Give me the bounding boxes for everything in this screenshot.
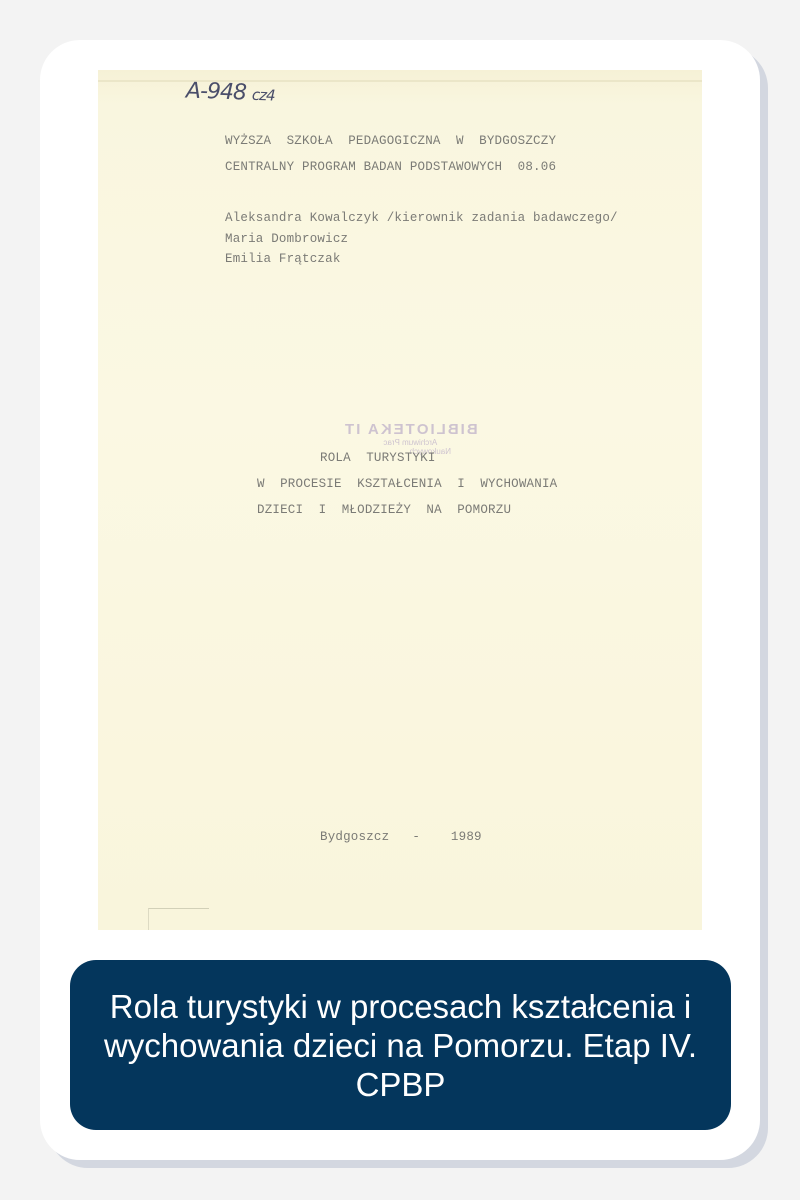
paper-mark: [148, 908, 209, 930]
handwritten-call-number: A-948cz4: [186, 78, 275, 106]
author-1: Aleksandra Kowalczyk /kierownik zadania …: [225, 211, 618, 225]
call-number: A-948: [186, 78, 247, 105]
call-number-part: cz4: [252, 86, 275, 105]
title-line-2: W PROCESIE KSZTAŁCENIA I WYCHOWANIA: [257, 477, 557, 491]
caption-title[interactable]: Rola turystyki w procesach kształcenia i…: [91, 987, 711, 1104]
institution-name: WYŻSZA SZKOŁA PEDAGOGICZNA W BYDGOSZCZY: [225, 134, 556, 148]
author-2: Maria Dombrowicz: [225, 232, 348, 246]
stamp-line-1: BIBLIOTEKA IT: [343, 422, 478, 437]
caption-box[interactable]: Rola turystyki w procesach kształcenia i…: [70, 960, 731, 1130]
author-3: Emilia Frątczak: [225, 252, 341, 266]
document-scan[interactable]: A-948cz4 WYŻSZA SZKOŁA PEDAGOGICZNA W BY…: [98, 70, 702, 930]
title-line-1: ROLA TURYSTYKI: [320, 451, 436, 465]
title-line-3: DZIECI I MŁODZIEŻY NA POMORZU: [257, 503, 511, 517]
stamp-line-2: Archiwum Prac: [343, 439, 478, 447]
program-name: CENTRALNY PROGRAM BADAN PODSTAWOWYCH 08.…: [225, 160, 556, 174]
place-and-year: Bydgoszcz - 1989: [320, 830, 482, 844]
